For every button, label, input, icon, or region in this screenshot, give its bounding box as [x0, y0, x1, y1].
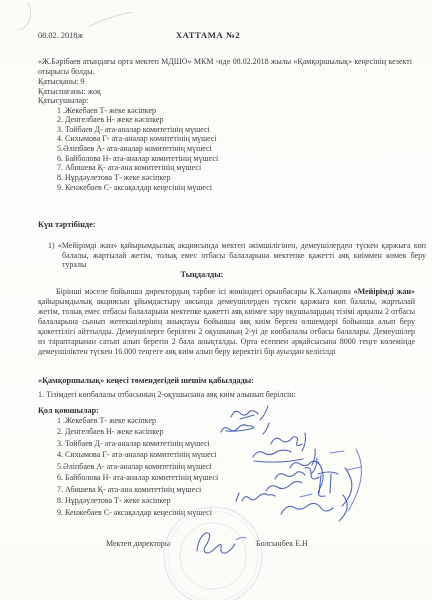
participant-item: 4. Сихымова Г- ата-аналар комитетінің мү…: [57, 134, 387, 144]
participant-item: 6. Байболова Н- ата-аналар комитетінің м…: [57, 154, 387, 164]
participant-item: 1 .Жекебаев Т- жеке кәсіпкер: [57, 106, 387, 116]
participant-item: 7. Абишева Қ- ата-ана комитетінің мүшесі: [57, 163, 387, 173]
decision-item: 1. Тізімдегі көпбалалы отбасының 2-оқушы…: [38, 390, 418, 400]
signer-item: 4. Сихымова Г- ата-аналар комитетінің мү…: [57, 449, 357, 460]
signer-item: 1 .Жекебаев Т- жеке кәсіпкер: [57, 415, 357, 426]
heard-heading: Тыңдалды:: [0, 270, 404, 280]
signer-item: 6. Байболова Н- ата-аналар комитетінің м…: [57, 472, 357, 483]
agenda-heading: Күн тәртібінде:: [38, 220, 96, 230]
attended-line: Қатысқаны: 9: [38, 77, 84, 87]
heard-paragraph: Бірінші мәселе бойынша директордың тәрби…: [38, 287, 415, 357]
agenda-item: 1) «Мейірімді жан» қайырымдылық акциясын…: [48, 241, 426, 270]
director-label: Мектеп директоры: [106, 539, 170, 549]
participant-item: 2. Денгелбаев Н- жеке кәсіпкер: [57, 115, 387, 125]
heard-text-part1: Бірінші мәселе бойынша директордың тәрби…: [56, 287, 351, 296]
signer-item: 9. Кенжебаев С- аксақалдар кеңесінің мүш…: [57, 507, 357, 518]
intro-paragraph: «Ж.Бәрібаев атындағы орта мектеп МДШО» М…: [38, 57, 412, 76]
participants-list: 1 .Жекебаев Т- жеке кәсіпкер 2. Денгелба…: [57, 106, 387, 193]
participants-label: Қатысушылар:: [38, 96, 88, 106]
participant-item: 8. Нұрдәулетова Т- жеке кәсіпкер: [57, 173, 387, 183]
scan-artifact-marks: [20, 2, 133, 30]
signer-item: 7. Абишева Қ- ата-ана комитетінің мүшесі: [57, 484, 357, 495]
participant-item: 3. Тойбаев Д- ата-аналар комитетінің мүш…: [57, 125, 387, 135]
heard-text-bold: «Мейірімді жан»: [354, 287, 415, 296]
document-page: 08.02. 2018ж ХАТТАМА №2 «Ж.Бәрібаев атын…: [0, 0, 432, 600]
stamp-seal: [164, 507, 262, 600]
signer-item: 5.Әліпбаев А- ата-аналар комитетінің мүш…: [57, 461, 357, 472]
signer-item: 8. Нұрдәулетова Т- жеке кәсіпкер: [57, 495, 357, 506]
director-signature: [197, 533, 246, 553]
signer-item: 2. Денгелбаев Н- жеке кәсіпкер: [57, 426, 357, 437]
signer-item: 3. Тойбаев Д- ата-аналар комитетінің мүш…: [57, 438, 357, 449]
director-name: Болсынбек Е.Н: [256, 539, 308, 549]
participant-item: 5.Әліпбаев А- ата-аналар комитетінің мүш…: [57, 144, 387, 154]
absent-line: Қатыспағаны: жоқ: [38, 87, 101, 97]
signers-list: 1 .Жекебаев Т- жеке кәсіпкер 2. Денгелба…: [57, 415, 357, 518]
decision-heading: «Қамқоршылық» кеңесі төмендегідей шешім …: [38, 376, 254, 386]
doc-title: ХАТТАМА №2: [0, 31, 416, 41]
heard-text-part2: қайырымдылық акциясын ұйымдастыру аясынд…: [38, 297, 415, 356]
participant-item: 9. Кенжебаев С- аксақалдар кеңесінің мүш…: [57, 183, 387, 193]
